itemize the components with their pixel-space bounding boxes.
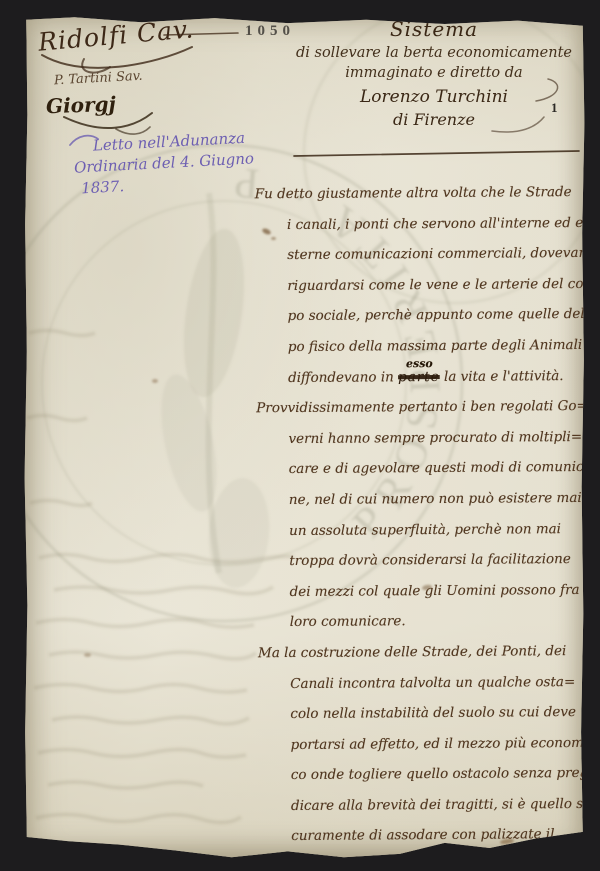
author-name: Lorenzo Turchini (269, 87, 599, 107)
body-line: dei mezzi col quale gli Uomini possono f… (257, 574, 600, 607)
signature-giorgj: Giorgj (46, 92, 117, 118)
foxing-spot (152, 379, 158, 383)
body-line: ne, nel di cui numero non può esistere m… (257, 483, 600, 516)
correction-before: diffondevano in (288, 369, 398, 386)
body-line: co onde togliere quello ostacolo senza p… (259, 758, 600, 791)
body-line: loro comunicare. (258, 605, 600, 638)
scan-background: PROSPERITA · PVBLICA · (0, 0, 600, 871)
body-line: troppa dovrà considerarsi la facilitazio… (257, 544, 600, 577)
body-line: Provvidissimamente pertanto i ben regola… (256, 391, 600, 424)
document-subtitle-2: immaginato e diretto da (269, 65, 599, 81)
title-block: Sistema di sollevare la berta economicam… (269, 17, 599, 129)
body-line: Ma la costruzione delle Strade, dei Pont… (258, 636, 600, 669)
document-title: Sistema (269, 17, 599, 41)
paragraph-1: Fu detto giustamente altra volta che le … (255, 177, 600, 394)
manuscript-page: PROSPERITA · PVBLICA · (24, 13, 585, 859)
document-subtitle-1: di sollevare la berta economicamente (269, 45, 599, 61)
body-line: Canali incontra talvolta un qualche osta… (258, 666, 600, 699)
foxing-spot (500, 838, 515, 845)
body-line: curamente di assodare con palizzate il (259, 819, 600, 852)
inserted-word: esso (406, 349, 433, 380)
body-line: Fu detto giustamente altra volta che le … (255, 177, 600, 210)
body-line: dicare alla brevità dei tragitti, si è q… (259, 789, 600, 822)
body-line: colo nella instabilità del suolo su cui … (258, 697, 600, 730)
paragraph-2: Provvidissimamente pertanto i ben regola… (256, 391, 600, 638)
manuscript-body: Fu detto giustamente altra volta che le … (255, 177, 600, 853)
paragraph-3: Ma la costruzione delle Strade, dei Pont… (258, 636, 600, 853)
body-line: un assoluta superfluità, perchè non mai (257, 513, 600, 546)
author-place: di Firenze (269, 110, 599, 129)
body-line: i canali, i ponti che servono all'intern… (255, 207, 600, 240)
foxing-spot (271, 237, 276, 240)
body-line: riguardarsi come le vene e le arterie de… (255, 269, 600, 302)
reading-annotation: Letto nell'Adunanza Ordinaria del 4. Giu… (72, 127, 255, 199)
body-line: care e di agevolare questi modi di comun… (257, 452, 600, 485)
correction-word: essoparte (398, 362, 440, 393)
body-line: sterne comunicazioni commerciali, doveva… (255, 238, 600, 271)
body-line-with-correction: diffondevano in essoparte la vita e l'at… (256, 360, 600, 393)
body-line: verni hanno sempre procurato di moltipli… (256, 422, 600, 455)
body-line: po sociale, perchè appunto come quelle d… (256, 299, 600, 332)
header-rule (294, 151, 579, 156)
foxing-spot (84, 653, 91, 657)
body-line: portarsi ad effetto, ed il mezzo più eco… (258, 727, 600, 760)
correction-after: la vita e l'attività. (440, 368, 564, 385)
